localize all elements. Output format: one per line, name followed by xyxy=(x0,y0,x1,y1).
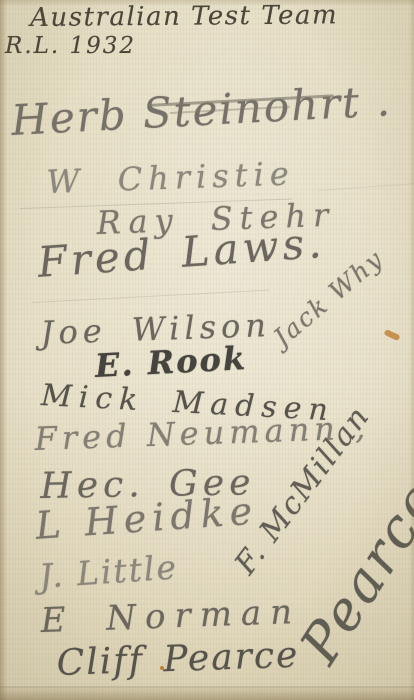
signature-j-little: J. Little xyxy=(38,547,179,596)
bottom-crease-line xyxy=(0,686,414,688)
autograph-page: Australian Test Team R.L. 1932 Herb Stei… xyxy=(0,0,414,700)
signature-fred-laws: Fred Laws. xyxy=(36,218,327,287)
page-title: Australian Test Team xyxy=(30,0,338,33)
signature-cliff-pearce: Cliff Pearce xyxy=(56,635,300,684)
faint-pencil-line xyxy=(32,290,270,303)
rust-speck xyxy=(160,666,164,670)
paper-edge-right xyxy=(409,0,414,700)
paper-edge-left xyxy=(0,0,7,700)
faint-pencil-line xyxy=(318,183,414,191)
rust-stain xyxy=(383,329,400,341)
signature-e-rook: E. Rook xyxy=(94,339,248,385)
signature-w-christie: W Christie xyxy=(46,154,295,201)
signature-e-norman: E Norman xyxy=(40,592,302,641)
page-subtitle: R.L. 1932 xyxy=(5,33,136,59)
paper-edge-bottom xyxy=(0,686,414,700)
